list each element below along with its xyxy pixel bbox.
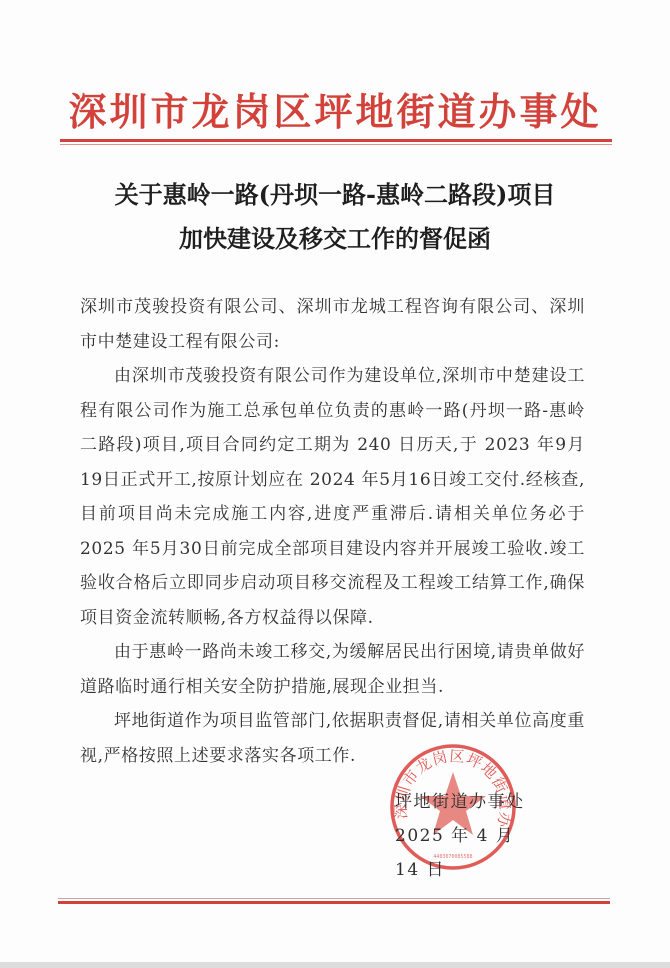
document-page: 深圳市龙岗区坪地街道办事处 关于惠岭一路(丹坝一路-惠岭二路段)项目 加快建设及…	[0, 0, 670, 962]
divider-thick-line	[60, 139, 612, 142]
salutation: 深圳市茂骏投资有限公司、深圳市龙城工程咨询有限公司、深圳市中楚建设工程有限公司:	[80, 290, 585, 359]
footer-divider	[58, 898, 610, 904]
document-title-line-2: 加快建设及移交工作的督促函	[0, 222, 670, 256]
footer-thick-line	[58, 901, 610, 904]
bottom-edge-strip	[0, 962, 670, 968]
document-title-line-1: 关于惠岭一路(丹坝一路-惠岭二路段)项目	[0, 178, 670, 212]
paragraph-1: 由深圳市茂骏投资有限公司作为建设单位,深圳市中楚建设工程有限公司作为施工总承包单…	[80, 359, 585, 635]
letter-body: 深圳市茂骏投资有限公司、深圳市龙城工程咨询有限公司、深圳市中楚建设工程有限公司:…	[80, 290, 585, 773]
letterhead-title: 深圳市龙岗区坪地街道办事处	[0, 88, 670, 136]
signature-date: 2025 年 4 月 14 日	[395, 819, 545, 887]
letterhead-divider	[60, 139, 612, 145]
signature-org: 坪地街道办事处	[395, 785, 545, 819]
footer-thin-line	[58, 898, 610, 899]
signature-block: 坪地街道办事处 2025 年 4 月 14 日	[395, 785, 545, 887]
paragraph-2: 由于惠岭一路尚未竣工移交,为缓解居民出行困境,请贵单做好道路临时通行相关安全防护…	[80, 635, 585, 704]
divider-thin-line	[60, 144, 612, 145]
